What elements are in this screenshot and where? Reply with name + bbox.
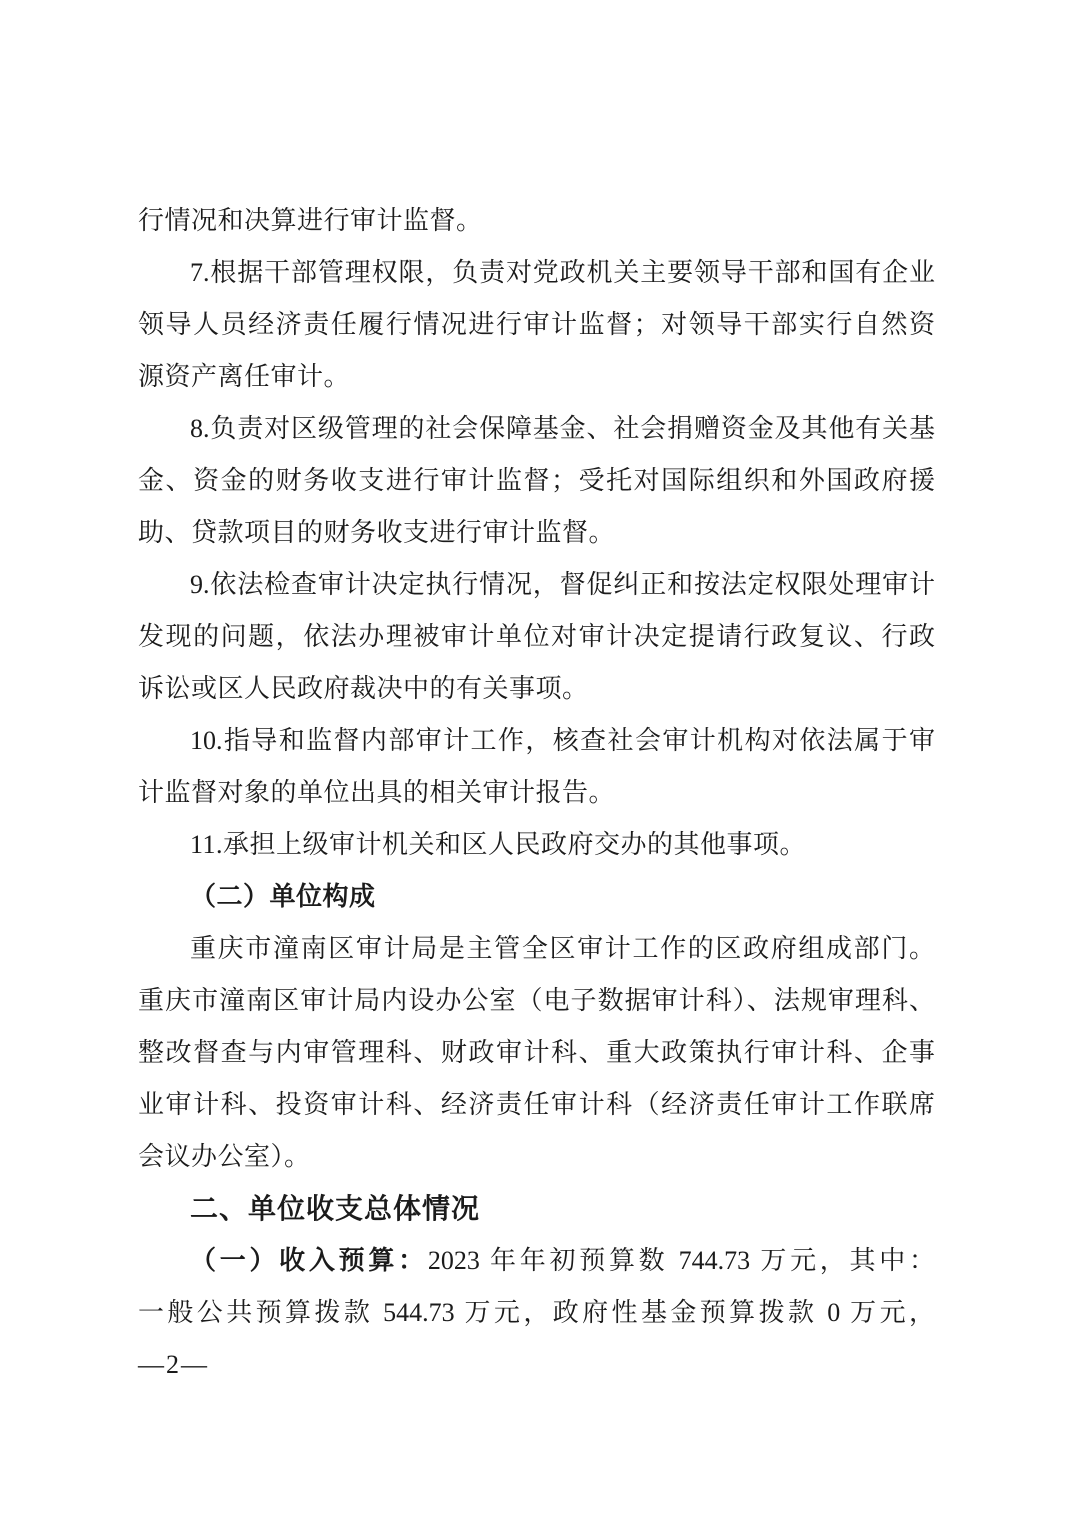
document-line: 11.承担上级审计机关和区人民政府交办的其他事项。: [138, 819, 935, 871]
document-line: 整改督查与内审管理科、财政审计科、重大政策执行审计科、企事: [138, 1027, 935, 1079]
document-line: 领导人员经济责任履行情况进行审计监督；对领导干部实行自然资: [138, 299, 935, 351]
document-line: 行情况和决算进行审计监督。: [138, 195, 935, 247]
document-line: 重庆市潼南区审计局内设办公室（电子数据审计科）、法规审理科、: [138, 975, 935, 1027]
document-line: 8.负责对区级管理的社会保障基金、社会捐赠资金及其他有关基: [138, 403, 935, 455]
document-line: 重庆市潼南区审计局是主管全区审计工作的区政府组成部门。: [138, 923, 935, 975]
document-line: （一）收入预算：2023 年年初预算数 744.73 万元，其中：: [138, 1235, 935, 1287]
section-heading: 二、单位收支总体情况: [138, 1183, 935, 1235]
footer-page-number: —2—: [138, 1339, 209, 1391]
document-line: 一般公共预算拨款 544.73 万元，政府性基金预算拨款 0 万元，: [138, 1287, 935, 1339]
document-line: 7.根据干部管理权限，负责对党政机关主要领导干部和国有企业: [138, 247, 935, 299]
inline-heading-text: （一）收入预算：: [190, 1246, 428, 1275]
document-line: 10.指导和监督内部审计工作，核查社会审计机构对依法属于审: [138, 715, 935, 767]
document-line: 金、资金的财务收支进行审计监督；受托对国际组织和外国政府援: [138, 455, 935, 507]
document-line: 计监督对象的单位出具的相关审计报告。: [138, 767, 935, 819]
body-text: 2023 年年初预算数 744.73 万元，其中：: [428, 1246, 935, 1275]
document-line: 业审计科、投资审计科、经济责任审计科（经济责任审计工作联席: [138, 1079, 935, 1131]
subsection-heading: （二）单位构成: [138, 871, 935, 923]
document-line: 源资产离任审计。: [138, 351, 935, 403]
document-line: 助、贷款项目的财务收支进行审计监督。: [138, 507, 935, 559]
document-line: 9.依法检查审计决定执行情况，督促纠正和按法定权限处理审计: [138, 559, 935, 611]
document-line: 发现的问题，依法办理被审计单位对审计决定提请行政复议、行政: [138, 611, 935, 663]
document-line: 会议办公室）。: [138, 1131, 935, 1183]
document-content: 行情况和决算进行审计监督。7.根据干部管理权限，负责对党政机关主要领导干部和国有…: [138, 195, 935, 1339]
document-line: 诉讼或区人民政府裁决中的有关事项。: [138, 663, 935, 715]
document-page: 行情况和决算进行审计监督。7.根据干部管理权限，负责对党政机关主要领导干部和国有…: [0, 0, 1074, 1520]
